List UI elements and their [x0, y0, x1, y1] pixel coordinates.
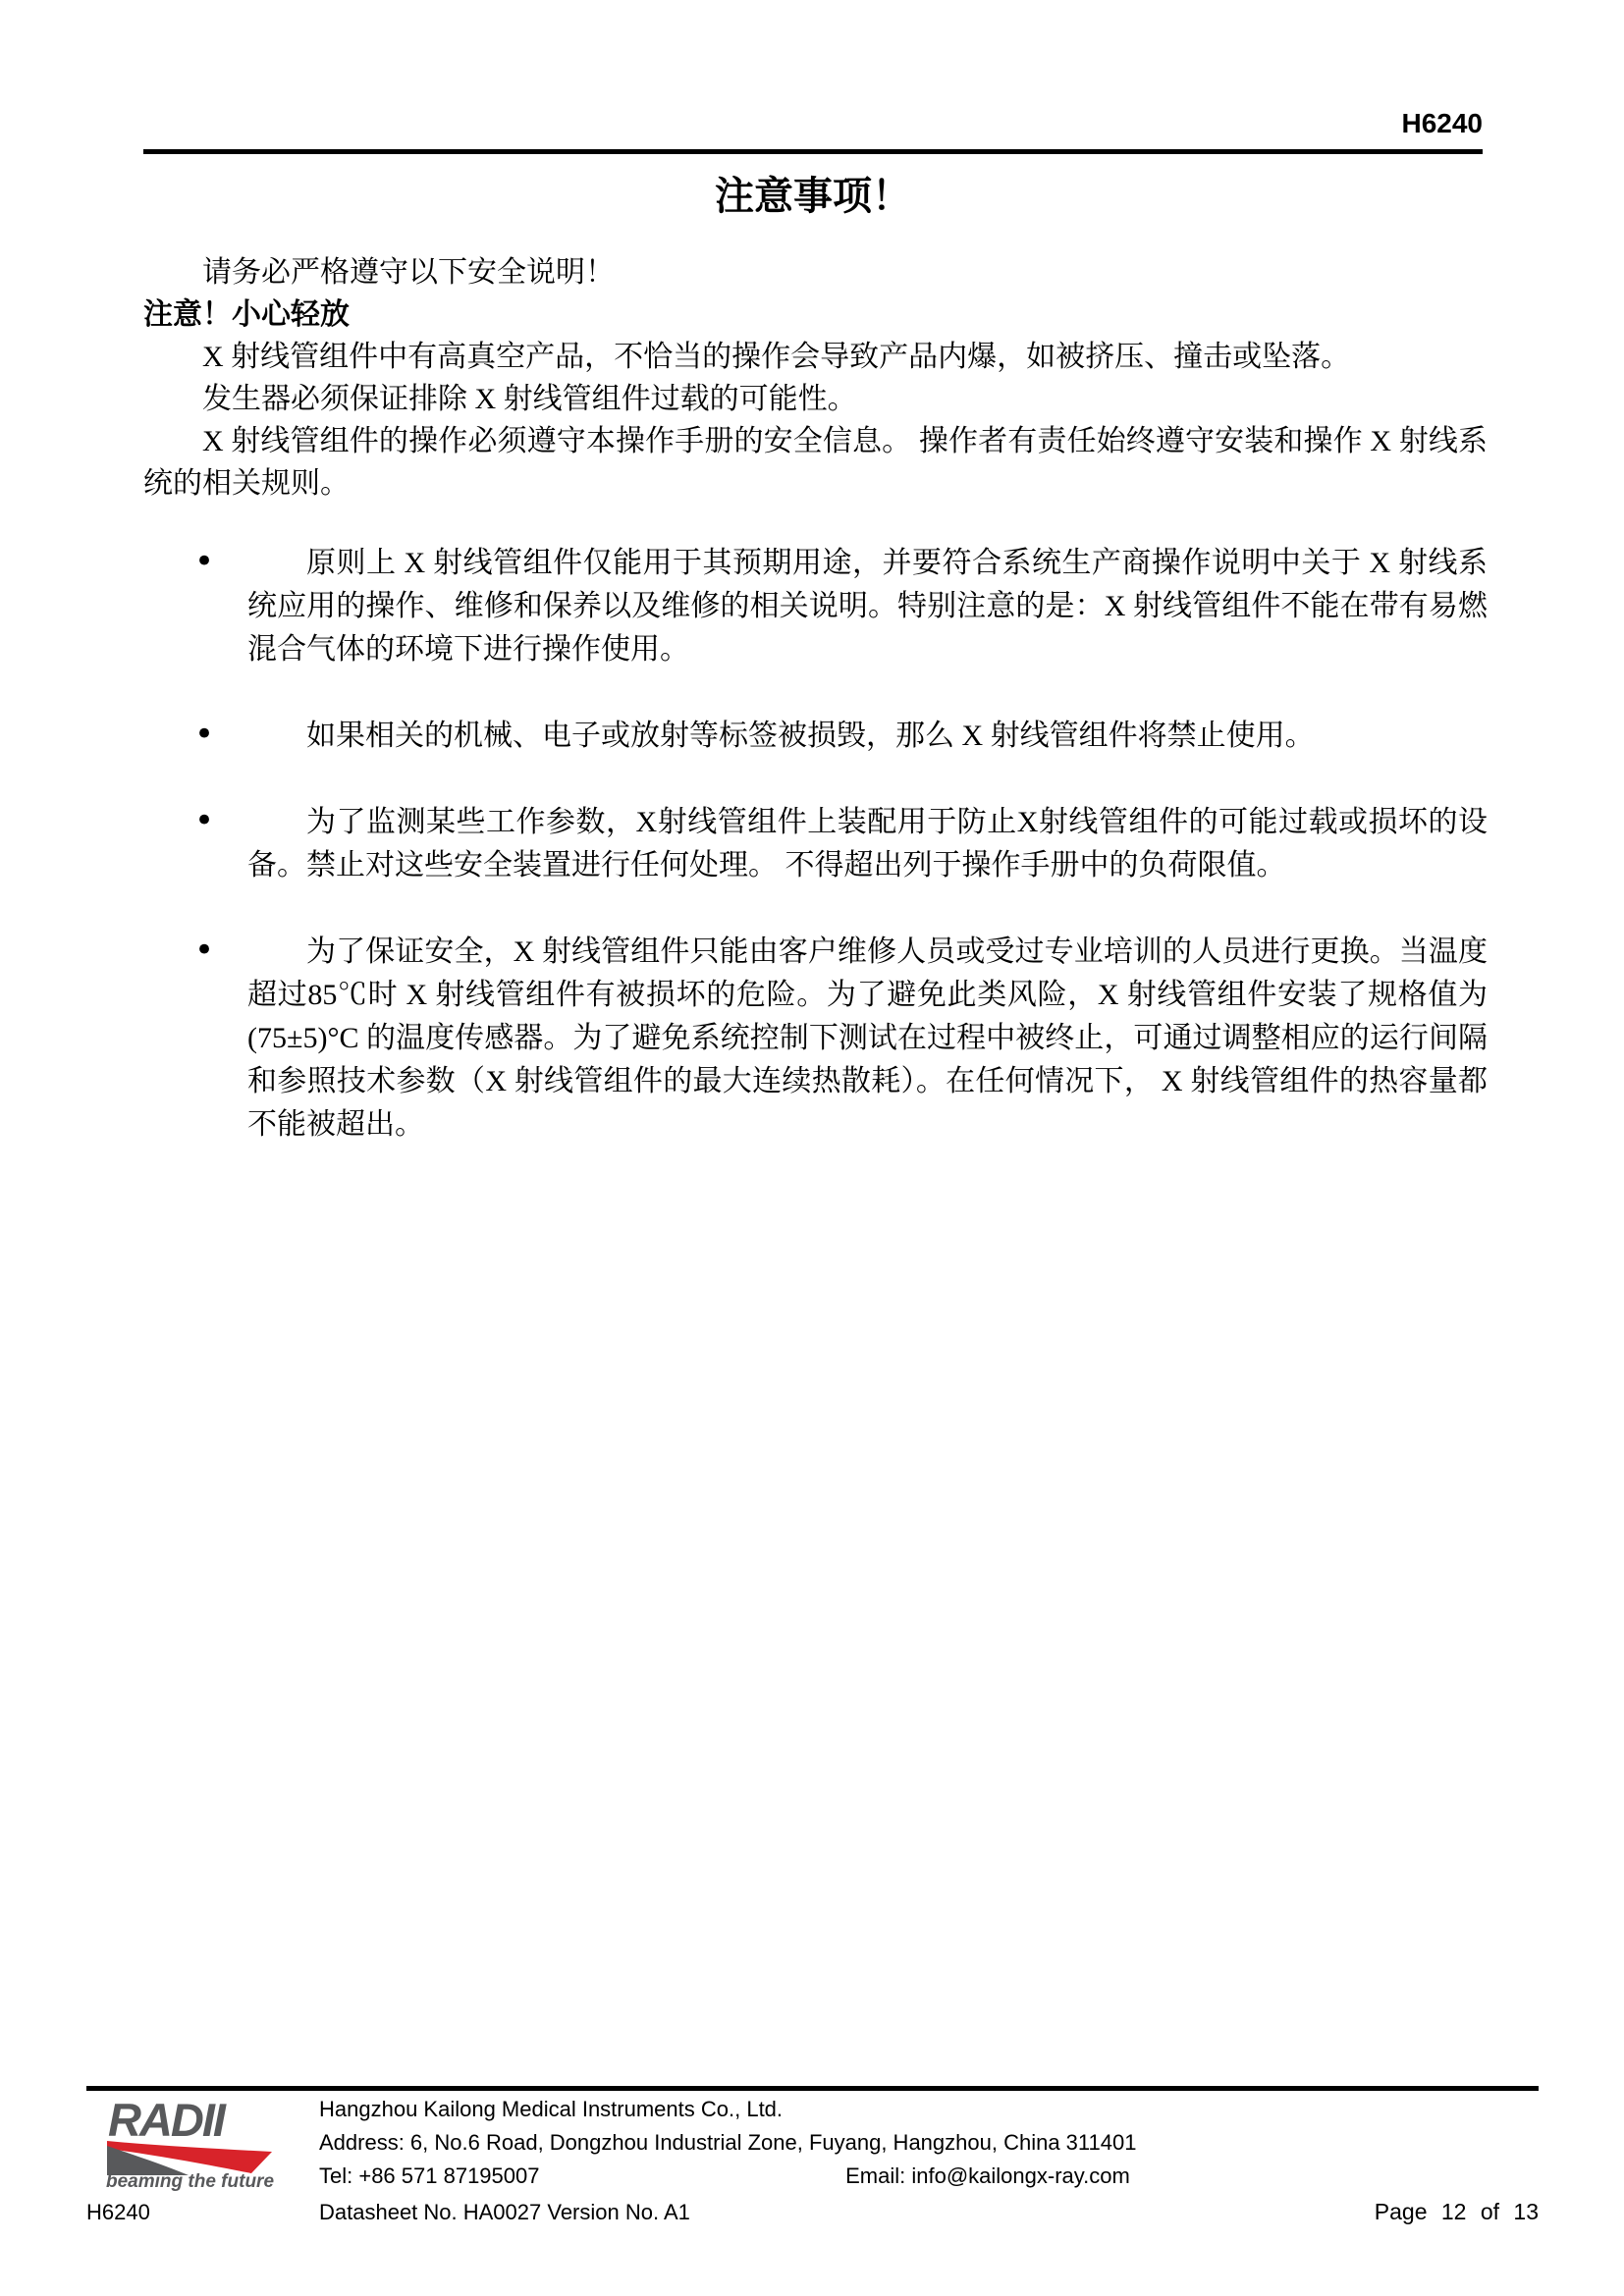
- list-item: • 为了保证安全，X 射线管组件只能由客户维修人员或受过专业培训的人员进行更换。…: [143, 931, 1488, 1147]
- company-email: Email: info@kailongx-ray.com: [845, 2163, 1130, 2188]
- page-title: 注意事项！: [143, 165, 1483, 221]
- radii-logo-wordmark: RADII: [108, 2101, 227, 2146]
- list-item-text: 为了保证安全，X 射线管组件只能由客户维修人员或受过专业培训的人员进行更换。当温…: [247, 931, 1488, 1147]
- list-item-text: 原则上 X 射线管组件仅能用于其预期用途，并要符合系统生产商操作说明中关于 X …: [247, 542, 1488, 671]
- list-item-text: 如果相关的机械、电子或放射等标签被损毁，那么 X 射线管组件将禁止使用。: [247, 715, 1488, 758]
- document-body: 请务必严格遵守以下安全说明！ 注意！小心轻放 X 射线管组件中有高真空产品，不恰…: [143, 251, 1488, 1147]
- document-page: H6240 注意事项！ 请务必严格遵守以下安全说明！ 注意！小心轻放 X 射线管…: [0, 0, 1624, 2296]
- bullet-icon: •: [194, 929, 214, 972]
- company-tel: Tel: +86 571 87195007: [319, 2160, 839, 2193]
- contact-row: Tel: +86 571 87195007 Email: info@kailon…: [319, 2160, 1488, 2193]
- radii-logo-icon: RADII beaming the future: [104, 2101, 276, 2193]
- list-item: • 为了监测某些工作参数，X射线管组件上装配用于防止X射线管组件的可能过载或损坏…: [143, 801, 1488, 887]
- bullet-icon: •: [194, 540, 214, 583]
- header-rule: [143, 149, 1483, 154]
- bullet-icon: •: [194, 799, 214, 842]
- header-doc-number: H6240: [143, 108, 1483, 139]
- footer-company-info: Hangzhou Kailong Medical Instruments Co.…: [319, 2093, 1488, 2193]
- list-item: • 原则上 X 射线管组件仅能用于其预期用途，并要符合系统生产商操作说明中关于 …: [143, 542, 1488, 671]
- intro-notice: 请务必严格遵守以下安全说明！: [143, 251, 1488, 294]
- footer-bottom-row: H6240 Datasheet No. HA0027 Version No. A…: [86, 2199, 1539, 2225]
- company-logo: RADII beaming the future: [104, 2101, 276, 2193]
- datasheet-version: Datasheet No. HA0027 Version No. A1: [319, 2200, 1375, 2225]
- intro-paragraph: 发生器必须保证排除 X 射线管组件过载的可能性。: [143, 378, 1488, 420]
- intro-paragraph: X 射线管组件的操作必须遵守本操作手册的安全信息。 操作者有责任始终遵守安装和操…: [143, 420, 1488, 505]
- page-number: Page 12 of 13: [1375, 2199, 1539, 2225]
- footer-rule: [86, 2086, 1539, 2091]
- bullet-icon: •: [194, 713, 214, 756]
- footer-doc-number: H6240: [86, 2200, 319, 2225]
- radii-logo-tagline: beaming the future: [106, 2171, 274, 2192]
- company-address: Address: 6, No.6 Road, Dongzhou Industri…: [319, 2126, 1488, 2160]
- list-item: • 如果相关的机械、电子或放射等标签被损毁，那么 X 射线管组件将禁止使用。: [143, 715, 1488, 758]
- company-name: Hangzhou Kailong Medical Instruments Co.…: [319, 2093, 1488, 2126]
- intro-paragraph: X 射线管组件中有高真空产品，不恰当的操作会导致产品内爆，如被挤压、撞击或坠落。: [143, 336, 1488, 378]
- caution-heading: 注意！小心轻放: [143, 294, 1488, 336]
- bullet-list: • 原则上 X 射线管组件仅能用于其预期用途，并要符合系统生产商操作说明中关于 …: [143, 542, 1488, 1147]
- list-item-text: 为了监测某些工作参数，X射线管组件上装配用于防止X射线管组件的可能过载或损坏的设…: [247, 801, 1488, 887]
